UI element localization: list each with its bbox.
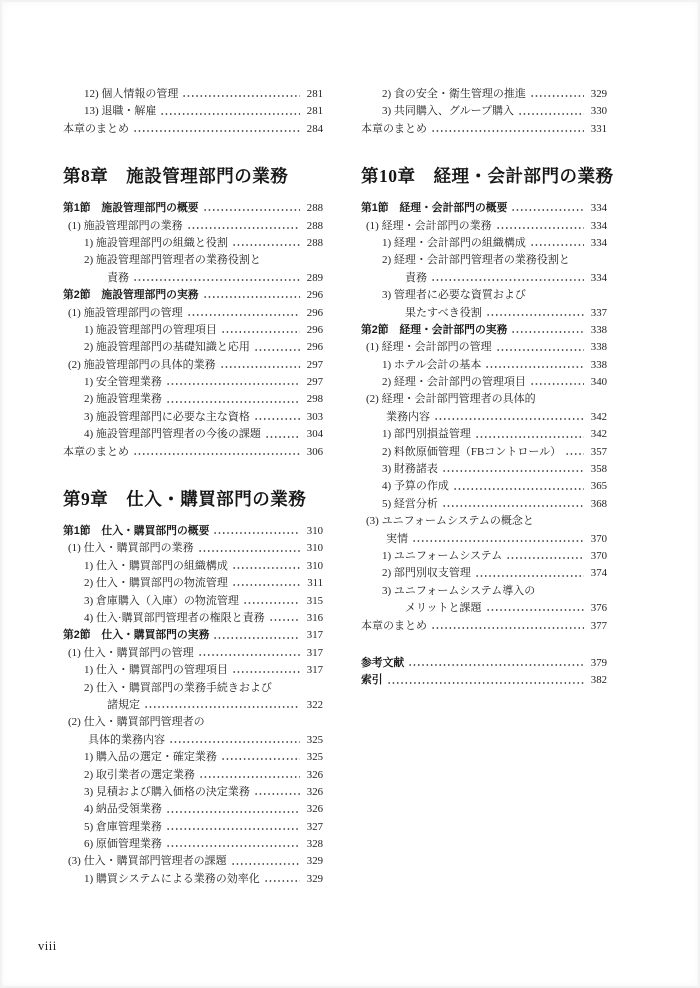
toc-entry-line: 3) 見積および購入価格の決定業務326 bbox=[63, 784, 323, 801]
entry-text: 3) 管理者に必要な資質および bbox=[382, 287, 526, 304]
dot-leader bbox=[232, 662, 300, 679]
entry-text: 1) 施設管理部門の組織と役割 bbox=[84, 235, 228, 252]
toc-entry-line: (3) 仕入・購買部門管理者の課題329 bbox=[63, 853, 323, 870]
toc-entry: 1) ホテル会計の基本338 bbox=[361, 357, 607, 374]
dot-leader bbox=[220, 357, 300, 374]
toc-entry: (1) 経理・会計部門の管理338 bbox=[361, 339, 607, 356]
toc-entry-line: (1) 仕入・購買部門の管理317 bbox=[63, 645, 323, 662]
toc-entry-line: 4) 納品受領業務326 bbox=[63, 801, 323, 818]
toc-entry: 1) 購入品の選定・確定業務325 bbox=[63, 749, 323, 766]
toc-entry-line: 3) 倉庫購入（入庫）の物流管理315 bbox=[63, 593, 323, 610]
dot-leader bbox=[496, 339, 584, 356]
toc-entry-line: 3) ユニフォームシステム導入の bbox=[361, 583, 607, 600]
page-number: 379 bbox=[587, 655, 607, 672]
toc-entry: (2) 施設管理部門の具体的業務297 bbox=[63, 357, 323, 374]
toc-entry-line: 実情370 bbox=[361, 531, 607, 548]
dot-leader bbox=[387, 672, 584, 689]
toc-entry-line: 2) 施設管理部門管理者の業務役割と bbox=[63, 252, 323, 269]
dot-leader bbox=[506, 548, 584, 565]
toc-entry: 1) ユニフォームシステム370 bbox=[361, 548, 607, 565]
toc-entry-line: 4) 仕入·購買部門管理者の権限と責務316 bbox=[63, 610, 323, 627]
dot-leader bbox=[232, 575, 300, 592]
entry-text: (1) 仕入・購買部門の管理 bbox=[68, 645, 194, 662]
toc-entry: 2) 仕入・購買部門の業務手続きおよび諸規定322 bbox=[63, 680, 323, 715]
page-number: 310 bbox=[303, 558, 323, 575]
dot-leader bbox=[198, 645, 300, 662]
page-number: 325 bbox=[303, 749, 323, 766]
page-number: 376 bbox=[587, 600, 607, 617]
toc-column-right: 2) 食の安全・衛生管理の推進3293) 共同購入、グループ購入330本章のまと… bbox=[361, 86, 607, 690]
entry-text: 2) 食の安全・衛生管理の推進 bbox=[382, 86, 526, 103]
entry-text: 2) 取引業者の選定業務 bbox=[84, 767, 195, 784]
entry-text: 第2節 仕入・購買部門の実務 bbox=[63, 627, 209, 644]
toc-entry-line: 1) 部門別損益管理342 bbox=[361, 426, 607, 443]
toc-entry: 5) 経営分析368 bbox=[361, 496, 607, 513]
entry-text: 3) 施設管理部門に必要な主な資格 bbox=[84, 409, 250, 426]
entry-text: 4) 予算の作成 bbox=[382, 478, 449, 495]
toc-entry-line: 12) 個人情報の管理281 bbox=[63, 86, 323, 103]
toc-entry-line: 本章のまとめ377 bbox=[361, 618, 607, 635]
entry-text: 1) 仕入・購買部門の管理項目 bbox=[84, 662, 228, 679]
toc-entry: 4) 施設管理部門管理者の今後の課題304 bbox=[63, 426, 323, 443]
toc-entry-line: 参考文献379 bbox=[361, 655, 607, 672]
toc-entry: (1) 経理・会計部門の業務334 bbox=[361, 218, 607, 235]
toc-entry: 第1節 仕入・購買部門の概要310 bbox=[63, 523, 323, 540]
toc-entry-line: 本章のまとめ331 bbox=[361, 121, 607, 138]
toc-entry: 2) 施設管理業務298 bbox=[63, 391, 323, 408]
toc-entry-line: (2) 仕入・購買部門管理者の bbox=[63, 714, 323, 731]
dot-leader bbox=[442, 461, 584, 478]
page-number: 297 bbox=[303, 374, 323, 391]
toc-entry-line: 1) ホテル会計の基本338 bbox=[361, 357, 607, 374]
toc-entry-line: 索引382 bbox=[361, 672, 607, 689]
entry-text: 1) 購買システムによる業務の効率化 bbox=[84, 871, 260, 888]
entry-text: (1) 施設管理部門の管理 bbox=[68, 305, 183, 322]
dot-leader bbox=[486, 600, 584, 617]
dot-leader bbox=[166, 374, 300, 391]
entry-text: 2) 仕入・購買部門の物流管理 bbox=[84, 575, 228, 592]
toc-entry: 1) 安全管理業務297 bbox=[63, 374, 323, 391]
page-number: 281 bbox=[303, 103, 323, 120]
entry-text: 第1節 経理・会計部門の概要 bbox=[361, 200, 507, 217]
toc-entry: 本章のまとめ377 bbox=[361, 618, 607, 635]
dot-leader bbox=[221, 749, 300, 766]
toc-entry: 第2節 経理・会計部門の実務338 bbox=[361, 322, 607, 339]
toc-entry: 第1節 施設管理部門の概要288 bbox=[63, 200, 323, 217]
toc-page: 12) 個人情報の管理28113) 退職・解雇281本章のまとめ284第8章 施… bbox=[0, 0, 700, 988]
page-number: 296 bbox=[303, 322, 323, 339]
toc-entry-line: 2) 施設管理部門の基礎知識と応用296 bbox=[63, 339, 323, 356]
toc-entry-line: 1) 施設管理部門の組織と役割288 bbox=[63, 235, 323, 252]
toc-entry-line: 6) 原価管理業務328 bbox=[63, 836, 323, 853]
dot-leader bbox=[486, 305, 584, 322]
chapter-heading: 第10章 経理・会計部門の業務 bbox=[361, 165, 607, 188]
entry-text: 1) 経理・会計部門の組織構成 bbox=[382, 235, 526, 252]
dot-leader bbox=[198, 540, 300, 557]
page-number: 326 bbox=[303, 801, 323, 818]
toc-entry: 参考文献379 bbox=[361, 655, 607, 672]
dot-leader bbox=[166, 819, 300, 836]
dot-leader bbox=[496, 218, 584, 235]
page-number: 288 bbox=[303, 200, 323, 217]
dot-leader bbox=[213, 627, 300, 644]
toc-entry-line: 4) 施設管理部門管理者の今後の課題304 bbox=[63, 426, 323, 443]
page-number: 304 bbox=[303, 426, 323, 443]
toc-entry: 2) 仕入・購買部門の物流管理311 bbox=[63, 575, 323, 592]
dot-leader bbox=[133, 121, 300, 138]
toc-entry-line: (3) ユニフォームシステムの概念と bbox=[361, 513, 607, 530]
page-number: 317 bbox=[303, 645, 323, 662]
toc-entry: 索引382 bbox=[361, 672, 607, 689]
toc-entry-line: 1) 購入品の選定・確定業務325 bbox=[63, 749, 323, 766]
toc-block: 第1節 経理・会計部門の概要334(1) 経理・会計部門の業務3341) 経理・… bbox=[361, 200, 607, 635]
dot-leader bbox=[203, 200, 300, 217]
page-number: 315 bbox=[303, 593, 323, 610]
toc-entry: 1) 施設管理部門の組織と役割288 bbox=[63, 235, 323, 252]
entry-text: 2) 部門別収支管理 bbox=[382, 565, 471, 582]
toc-block: 2) 食の安全・衛生管理の推進3293) 共同購入、グループ購入330本章のまと… bbox=[361, 86, 607, 138]
entry-text: 参考文献 bbox=[361, 655, 404, 672]
toc-entry: (1) 施設管理部門の管理296 bbox=[63, 305, 323, 322]
entry-text: 2) 施設管理部門の基礎知識と応用 bbox=[84, 339, 250, 356]
toc-entry: 本章のまとめ284 bbox=[63, 121, 323, 138]
dot-leader bbox=[243, 593, 300, 610]
page-number: 303 bbox=[303, 409, 323, 426]
page-number: 296 bbox=[303, 305, 323, 322]
page-number: 338 bbox=[587, 339, 607, 356]
page-number: 342 bbox=[587, 426, 607, 443]
toc-entry: 2) 料飲原価管理（FBコントロール）357 bbox=[361, 444, 607, 461]
toc-entry-line: 第2節 仕入・購買部門の実務317 bbox=[63, 627, 323, 644]
dot-leader bbox=[169, 732, 300, 749]
entry-text: (1) 経理・会計部門の管理 bbox=[366, 339, 492, 356]
entry-text: 第1節 施設管理部門の概要 bbox=[63, 200, 199, 217]
toc-entry: 13) 退職・解雇281 bbox=[63, 103, 323, 120]
toc-entry-line: 4) 予算の作成365 bbox=[361, 478, 607, 495]
toc-entry: 2) 経理・会計部門管理者の業務役割と責務334 bbox=[361, 252, 607, 287]
entry-text: (2) 施設管理部門の具体的業務 bbox=[68, 357, 216, 374]
page-number: 325 bbox=[303, 732, 323, 749]
toc-entry-line: 第1節 仕入・購買部門の概要310 bbox=[63, 523, 323, 540]
dot-leader bbox=[199, 767, 300, 784]
entry-text: 4) 仕入·購買部門管理者の権限と責務 bbox=[84, 610, 265, 627]
dot-leader bbox=[434, 409, 584, 426]
dot-leader bbox=[511, 322, 584, 339]
toc-entry-line: 2) 食の安全・衛生管理の推進329 bbox=[361, 86, 607, 103]
toc-entry: 2) 取引業者の選定業務326 bbox=[63, 767, 323, 784]
page-number: 310 bbox=[303, 540, 323, 557]
dot-leader bbox=[232, 235, 300, 252]
dot-leader bbox=[166, 801, 300, 818]
dot-leader bbox=[133, 444, 300, 461]
toc-entry-line: 2) 経理・会計部門の管理項目340 bbox=[361, 374, 607, 391]
toc-entry-line: 1) 仕入・購買部門の管理項目317 bbox=[63, 662, 323, 679]
toc-entry-line: 2) 仕入・購買部門の物流管理311 bbox=[63, 575, 323, 592]
page-number: 316 bbox=[303, 610, 323, 627]
page-number: 288 bbox=[303, 218, 323, 235]
entry-text: (3) ユニフォームシステムの概念と bbox=[366, 513, 534, 530]
page-number: 298 bbox=[303, 391, 323, 408]
entry-text: 1) 安全管理業務 bbox=[84, 374, 162, 391]
toc-entry-line: 2) 施設管理業務298 bbox=[63, 391, 323, 408]
page-number: 322 bbox=[303, 697, 323, 714]
toc-entry-line: 1) 仕入・購買部門の組織構成310 bbox=[63, 558, 323, 575]
toc-entry: 1) 購買システムによる業務の効率化329 bbox=[63, 871, 323, 888]
toc-block: 第1節 仕入・購買部門の概要310(1) 仕入・購買部門の業務3101) 仕入・… bbox=[63, 523, 323, 888]
entry-text: 業務内容 bbox=[386, 409, 430, 426]
dot-leader bbox=[203, 287, 300, 304]
entry-text: 本章のまとめ bbox=[63, 121, 129, 138]
toc-entry: 第1節 経理・会計部門の概要334 bbox=[361, 200, 607, 217]
toc-entry: 1) 仕入・購買部門の管理項目317 bbox=[63, 662, 323, 679]
entry-text: メリットと課題 bbox=[405, 600, 482, 617]
dot-leader bbox=[254, 409, 300, 426]
chapter-heading: 第8章 施設管理部門の業務 bbox=[63, 165, 323, 188]
dot-leader bbox=[254, 784, 300, 801]
entry-text: 1) ユニフォームシステム bbox=[382, 548, 502, 565]
toc-block: 12) 個人情報の管理28113) 退職・解雇281本章のまとめ284 bbox=[63, 86, 323, 138]
toc-entry: 2) 施設管理部門の基礎知識と応用296 bbox=[63, 339, 323, 356]
toc-entry: 3) 倉庫購入（入庫）の物流管理315 bbox=[63, 593, 323, 610]
dot-leader bbox=[431, 121, 584, 138]
page-number: 338 bbox=[587, 357, 607, 374]
toc-entry: (1) 仕入・購買部門の管理317 bbox=[63, 645, 323, 662]
entry-text: 5) 経営分析 bbox=[382, 496, 438, 513]
page-number: 284 bbox=[303, 121, 323, 138]
entry-text: 2) 経理・会計部門の管理項目 bbox=[382, 374, 526, 391]
page-number: 326 bbox=[303, 784, 323, 801]
toc-entry: 第2節 施設管理部門の実務296 bbox=[63, 287, 323, 304]
entry-text: 5) 倉庫管理業務 bbox=[84, 819, 162, 836]
entry-text: 3) 倉庫購入（入庫）の物流管理 bbox=[84, 593, 239, 610]
toc-entry-line: 第1節 経理・会計部門の概要334 bbox=[361, 200, 607, 217]
entry-text: 第1節 仕入・購買部門の概要 bbox=[63, 523, 209, 540]
page-number: 281 bbox=[303, 86, 323, 103]
entry-text: 1) 部門別損益管理 bbox=[382, 426, 471, 443]
toc-entry-line: 具体的業務内容325 bbox=[63, 732, 323, 749]
entry-text: 3) 共同購入、グループ購入 bbox=[382, 103, 514, 120]
toc-entry: 4) 納品受領業務326 bbox=[63, 801, 323, 818]
entry-text: 1) 仕入・購買部門の組織構成 bbox=[84, 558, 228, 575]
toc-block: 第1節 施設管理部門の概要288(1) 施設管理部門の業務2881) 施設管理部… bbox=[63, 200, 323, 461]
dot-leader bbox=[530, 235, 584, 252]
footer-page-number: viii bbox=[38, 939, 57, 954]
toc-entry-line: 3) 管理者に必要な資質および bbox=[361, 287, 607, 304]
dot-leader bbox=[431, 270, 584, 287]
entry-text: 第2節 施設管理部門の実務 bbox=[63, 287, 199, 304]
toc-entry-line: (1) 経理・会計部門の業務334 bbox=[361, 218, 607, 235]
page-number: 340 bbox=[587, 374, 607, 391]
page-number: 329 bbox=[587, 86, 607, 103]
toc-block: 参考文献379索引382 bbox=[361, 655, 607, 690]
page-number: 334 bbox=[587, 218, 607, 235]
page-number: 342 bbox=[587, 409, 607, 426]
dot-leader bbox=[565, 444, 584, 461]
entry-text: 1) 購入品の選定・確定業務 bbox=[84, 749, 217, 766]
dot-leader bbox=[187, 218, 300, 235]
toc-entry-line: 2) 取引業者の選定業務326 bbox=[63, 767, 323, 784]
toc-entry: 12) 個人情報の管理281 bbox=[63, 86, 323, 103]
page-number: 297 bbox=[303, 357, 323, 374]
page-number: 328 bbox=[303, 836, 323, 853]
toc-entry: 2) 部門別収支管理374 bbox=[361, 565, 607, 582]
dot-leader bbox=[232, 558, 300, 575]
page-number: 374 bbox=[587, 565, 607, 582]
page-number: 334 bbox=[587, 235, 607, 252]
toc-entry-line: 3) 財務諸表358 bbox=[361, 461, 607, 478]
page-number: 288 bbox=[303, 235, 323, 252]
entry-text: 具体的業務内容 bbox=[88, 732, 165, 749]
toc-entry-line: 業務内容342 bbox=[361, 409, 607, 426]
toc-entry-line: 2) 料飲原価管理（FBコントロール）357 bbox=[361, 444, 607, 461]
toc-entry-line: 2) 部門別収支管理374 bbox=[361, 565, 607, 582]
page-number: 329 bbox=[303, 871, 323, 888]
toc-entry-line: 責務289 bbox=[63, 270, 323, 287]
dot-leader bbox=[530, 374, 584, 391]
dot-leader bbox=[453, 478, 584, 495]
toc-entry: 第2節 仕入・購買部門の実務317 bbox=[63, 627, 323, 644]
entry-text: 2) 仕入・購買部門の業務手続きおよび bbox=[84, 680, 272, 697]
toc-entry: (1) 仕入・購買部門の業務310 bbox=[63, 540, 323, 557]
chapter-heading: 第9章 仕入・購買部門の業務 bbox=[63, 488, 323, 511]
toc-entry: 4) 予算の作成365 bbox=[361, 478, 607, 495]
toc-entry-line: 諸規定322 bbox=[63, 697, 323, 714]
toc-entry-line: メリットと課題376 bbox=[361, 600, 607, 617]
dot-leader bbox=[182, 86, 300, 103]
toc-entry: 3) 財務諸表358 bbox=[361, 461, 607, 478]
entry-text: 3) ユニフォームシステム導入の bbox=[382, 583, 535, 600]
page-number: 370 bbox=[587, 531, 607, 548]
toc-entry: 3) 共同購入、グループ購入330 bbox=[361, 103, 607, 120]
entry-text: 1) ホテル会計の基本 bbox=[382, 357, 481, 374]
dot-leader bbox=[166, 391, 300, 408]
entry-text: 6) 原価管理業務 bbox=[84, 836, 162, 853]
dot-leader bbox=[166, 836, 300, 853]
entry-text: 本章のまとめ bbox=[63, 444, 129, 461]
toc-entry: 本章のまとめ331 bbox=[361, 121, 607, 138]
page-number: 334 bbox=[587, 200, 607, 217]
page-number: 334 bbox=[587, 270, 607, 287]
dot-leader bbox=[231, 853, 300, 870]
page-number: 377 bbox=[587, 618, 607, 635]
entry-text: (1) 施設管理部門の業務 bbox=[68, 218, 183, 235]
toc-entry-line: 第2節 経理・会計部門の実務338 bbox=[361, 322, 607, 339]
toc-entry-line: 1) 施設管理部門の管理項目296 bbox=[63, 322, 323, 339]
entry-text: 12) 個人情報の管理 bbox=[84, 86, 178, 103]
entry-text: 4) 納品受領業務 bbox=[84, 801, 162, 818]
toc-column-left: 12) 個人情報の管理28113) 退職・解雇281本章のまとめ284第8章 施… bbox=[63, 86, 323, 888]
entry-text: 索引 bbox=[361, 672, 383, 689]
toc-entry: 3) 施設管理部門に必要な主な資格303 bbox=[63, 409, 323, 426]
toc-entry: 1) 施設管理部門の管理項目296 bbox=[63, 322, 323, 339]
dot-leader bbox=[254, 339, 300, 356]
entry-text: (1) 経理・会計部門の業務 bbox=[366, 218, 492, 235]
toc-entry-line: 3) 共同購入、グループ購入330 bbox=[361, 103, 607, 120]
dot-leader bbox=[265, 426, 300, 443]
toc-entry: 3) 見積および購入価格の決定業務326 bbox=[63, 784, 323, 801]
entry-text: 3) 財務諸表 bbox=[382, 461, 438, 478]
page-number: 337 bbox=[587, 305, 607, 322]
toc-entry: 3) 管理者に必要な資質および果たすべき役割337 bbox=[361, 287, 607, 322]
dot-leader bbox=[412, 531, 584, 548]
toc-entry-line: 1) ユニフォームシステム370 bbox=[361, 548, 607, 565]
entry-text: 第2節 経理・会計部門の実務 bbox=[361, 322, 507, 339]
page-number: 289 bbox=[303, 270, 323, 287]
page-number: 329 bbox=[303, 853, 323, 870]
toc-entry: (3) ユニフォームシステムの概念と実情370 bbox=[361, 513, 607, 548]
toc-entry-line: 本章のまとめ306 bbox=[63, 444, 323, 461]
entry-text: 1) 施設管理部門の管理項目 bbox=[84, 322, 217, 339]
entry-text: 4) 施設管理部門管理者の今後の課題 bbox=[84, 426, 261, 443]
toc-entry-line: (1) 施設管理部門の業務288 bbox=[63, 218, 323, 235]
toc-entry-line: 5) 経営分析368 bbox=[361, 496, 607, 513]
toc-entry: (1) 施設管理部門の業務288 bbox=[63, 218, 323, 235]
dot-leader bbox=[431, 618, 584, 635]
toc-entry-line: 1) 購買システムによる業務の効率化329 bbox=[63, 871, 323, 888]
toc-entry: 5) 倉庫管理業務327 bbox=[63, 819, 323, 836]
dot-leader bbox=[530, 86, 584, 103]
entry-text: 責務 bbox=[405, 270, 427, 287]
entry-text: (2) 仕入・購買部門管理者の bbox=[68, 714, 205, 731]
toc-entry-line: (2) 経理・会計部門管理者の具体的 bbox=[361, 391, 607, 408]
page-number: 310 bbox=[303, 523, 323, 540]
dot-leader bbox=[133, 270, 300, 287]
dot-leader bbox=[269, 610, 300, 627]
dot-leader bbox=[511, 200, 584, 217]
toc-entry-line: 1) 安全管理業務297 bbox=[63, 374, 323, 391]
entry-text: (3) 仕入・購買部門管理者の課題 bbox=[68, 853, 227, 870]
page-number: 330 bbox=[587, 103, 607, 120]
toc-entry-line: (1) 経理・会計部門の管理338 bbox=[361, 339, 607, 356]
entry-text: 果たすべき役割 bbox=[405, 305, 482, 322]
toc-entry-line: 第1節 施設管理部門の概要288 bbox=[63, 200, 323, 217]
dot-leader bbox=[160, 103, 300, 120]
dot-leader bbox=[475, 426, 584, 443]
entry-text: 本章のまとめ bbox=[361, 618, 427, 635]
entry-text: 2) 経理・会計部門管理者の業務役割と bbox=[382, 252, 570, 269]
toc-entry-line: 3) 施設管理部門に必要な主な資格303 bbox=[63, 409, 323, 426]
dot-leader bbox=[221, 322, 300, 339]
entry-text: 本章のまとめ bbox=[361, 121, 427, 138]
dot-leader bbox=[485, 357, 584, 374]
page-number: 338 bbox=[587, 322, 607, 339]
page-number: 317 bbox=[303, 627, 323, 644]
toc-entry-line: 本章のまとめ284 bbox=[63, 121, 323, 138]
entry-text: 2) 料飲原価管理（FBコントロール） bbox=[382, 444, 561, 461]
page-number: 311 bbox=[303, 575, 323, 592]
page-number: 317 bbox=[303, 662, 323, 679]
toc-entry-line: 13) 退職・解雇281 bbox=[63, 103, 323, 120]
toc-entry-line: 責務334 bbox=[361, 270, 607, 287]
dot-leader bbox=[475, 565, 584, 582]
toc-entry-line: 2) 仕入・購買部門の業務手続きおよび bbox=[63, 680, 323, 697]
toc-entry: 本章のまとめ306 bbox=[63, 444, 323, 461]
toc-entry: (2) 仕入・購買部門管理者の具体的業務内容325 bbox=[63, 714, 323, 749]
page-number: 382 bbox=[587, 672, 607, 689]
toc-entry: (2) 経理・会計部門管理者の具体的業務内容342 bbox=[361, 391, 607, 426]
page-number: 365 bbox=[587, 478, 607, 495]
toc-entry: 6) 原価管理業務328 bbox=[63, 836, 323, 853]
toc-entry: 1) 仕入・購買部門の組織構成310 bbox=[63, 558, 323, 575]
page-number: 331 bbox=[587, 121, 607, 138]
toc-entry-line: 果たすべき役割337 bbox=[361, 305, 607, 322]
toc-entry-line: 5) 倉庫管理業務327 bbox=[63, 819, 323, 836]
toc-entry: 2) 経理・会計部門の管理項目340 bbox=[361, 374, 607, 391]
entry-text: 3) 見積および購入価格の決定業務 bbox=[84, 784, 250, 801]
toc-entry: (3) 仕入・購買部門管理者の課題329 bbox=[63, 853, 323, 870]
page-number: 296 bbox=[303, 287, 323, 304]
toc-entry-line: 第2節 施設管理部門の実務296 bbox=[63, 287, 323, 304]
